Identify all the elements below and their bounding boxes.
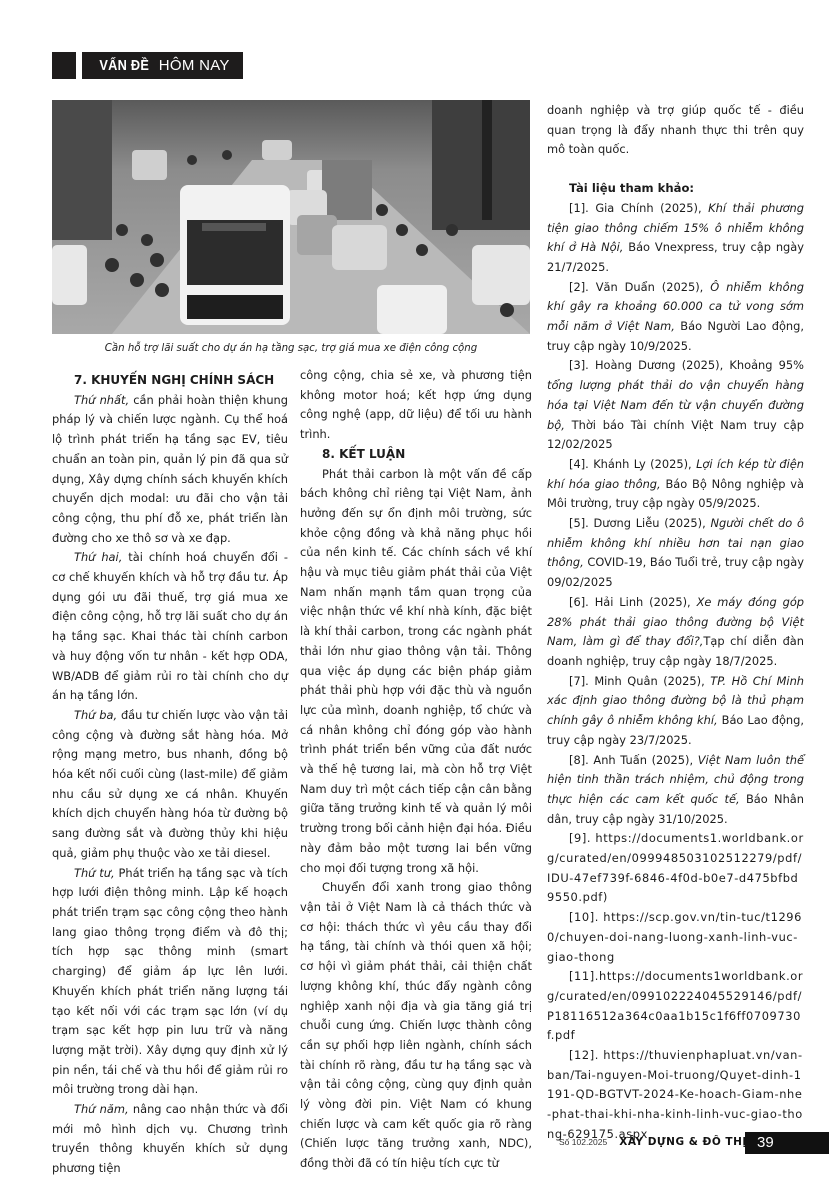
section-heading-conclusion: 8. KẾT LUẬN: [300, 445, 532, 465]
reference-number: [11].: [569, 969, 599, 983]
paragraph-lead: Thứ hai,: [74, 550, 122, 564]
reference-item-url: [12]. https://thuvienphapluat.vn/van-ban…: [547, 1046, 804, 1145]
column-1: 7. KHUYẾN NGHỊ CHÍNH SÁCH Thứ nhất, cần …: [52, 371, 288, 1179]
reference-number: [9].: [569, 831, 591, 845]
paragraph-text: đầu tư chiến lược vào vận tải công cộng …: [52, 708, 288, 860]
paragraph: Thứ tư, Phát triển hạ tầng sạc và tích h…: [52, 864, 288, 1100]
reference-item: [7]. Minh Quân (2025), TP. Hồ Chí Minh x…: [547, 672, 804, 751]
reference-source: Thời báo Tài chính Việt Nam truy cập 12/…: [547, 418, 804, 452]
paragraph: Thứ hai, tài chính hoá chuyển đổi - cơ c…: [52, 548, 288, 706]
reference-item: [6]. Hải Linh (2025), Xe máy đóng góp 28…: [547, 593, 804, 672]
paragraph: Thứ ba, đầu tư chiến lược vào vận tải cô…: [52, 706, 288, 864]
reference-number: [1].: [569, 201, 589, 215]
paragraph-text: Phát triển hạ tầng sạc và tích hợp lưới …: [52, 866, 288, 1097]
paragraph-lead: Thứ nhất,: [74, 393, 129, 407]
reference-item-url: [9]. https://documents1.worldbank.org/cu…: [547, 829, 804, 908]
section-title-light: HÔM NAY: [159, 57, 230, 74]
reference-author: Dương Liễu (2025),: [594, 516, 706, 530]
reference-source: COVID-19, Báo Tuổi trẻ, truy cập ngày 09…: [547, 555, 804, 589]
magazine-brand: XÂY DỰNG & ĐÔ THỊ: [619, 1136, 747, 1148]
reference-item: [1]. Gia Chính (2025), Khí thải phương t…: [547, 199, 804, 278]
issue-number: Số 102.2025: [559, 1137, 607, 1147]
paragraph-lead: Thứ ba,: [74, 708, 117, 722]
paragraph: Thứ nhất, cần phải hoàn thiện khung pháp…: [52, 391, 288, 549]
section-title-bold: VẤN ĐỀ: [100, 57, 150, 74]
column-3: doanh nghiệp và trợ giúp quốc tế - điều …: [547, 101, 804, 1145]
paragraph: Thứ năm, nâng cao nhận thức và đổi mới m…: [52, 1100, 288, 1179]
reference-item: [3]. Hoàng Dương (2025), Khoảng 95% tổng…: [547, 356, 804, 455]
reference-author: Hải Linh (2025),: [595, 595, 691, 609]
reference-author: Anh Tuấn (2025),: [593, 753, 693, 767]
reference-item-url: [11].https://documents1worldbank.org/cur…: [547, 967, 804, 1046]
photo-caption: Cần hỗ trợ lãi suất cho dự án hạ tầng sạ…: [52, 343, 530, 354]
paragraph: Phát thải carbon là một vấn đề cấp bách …: [300, 465, 532, 879]
reference-number: [5].: [569, 516, 589, 530]
reference-number: [7].: [569, 674, 589, 688]
reference-author: Văn Duẩn (2025),: [596, 280, 704, 294]
reference-number: [6].: [569, 595, 589, 609]
reference-author: Minh Quân (2025),: [594, 674, 704, 688]
reference-number: [10].: [569, 910, 599, 924]
page-footer: Số 102.2025 XÂY DỰNG & ĐÔ THỊ: [559, 1132, 757, 1152]
paragraph-text: cần phải hoàn thiện khung pháp lý và chi…: [52, 393, 288, 545]
reference-number: [2].: [569, 280, 589, 294]
references-heading: Tài liệu tham khảo:: [547, 179, 804, 199]
page-number: 39: [745, 1132, 829, 1154]
reference-item: [5]. Dương Liễu (2025), Người chết do ô …: [547, 514, 804, 593]
reference-item: [8]. Anh Tuấn (2025), Việt Nam luôn thể …: [547, 751, 804, 830]
reference-number: [3].: [569, 358, 589, 372]
reference-item: [4]. Khánh Ly (2025), Lợi ích kép từ điệ…: [547, 455, 804, 514]
section-heading-policy: 7. KHUYẾN NGHỊ CHÍNH SÁCH: [52, 371, 288, 391]
reference-item: [2]. Văn Duẩn (2025), Ô nhiễm không khí …: [547, 278, 804, 357]
column-2: công cộng, chia sẻ xe, và phương tiện kh…: [300, 366, 532, 1174]
section-header: VẤN ĐỀ HÔM NAY: [82, 52, 243, 79]
paragraph-lead: Thứ năm,: [74, 1102, 129, 1116]
reference-author: Khánh Ly (2025),: [593, 457, 691, 471]
reference-number: [8].: [569, 753, 589, 767]
section-marker-square: [52, 52, 76, 79]
paragraph-continuation: doanh nghiệp và trợ giúp quốc tế - điều …: [547, 101, 804, 160]
article-photo: [52, 100, 530, 334]
reference-author: Gia Chính (2025),: [595, 201, 701, 215]
paragraph-text: tài chính hoá chuyển đổi - cơ chế khuyến…: [52, 550, 288, 702]
reference-item-url: [10]. https://scp.gov.vn/tin-tuc/t12960/…: [547, 908, 804, 967]
traffic-photo-illustration: [52, 100, 530, 334]
reference-author: Hoàng Dương (2025), Khoảng 95%: [595, 358, 804, 372]
reference-number: [4].: [569, 457, 589, 471]
paragraph: Chuyển đổi xanh trong giao thông vận tải…: [300, 878, 532, 1174]
paragraph-lead: Thứ tư,: [74, 866, 115, 880]
paragraph-continuation: công cộng, chia sẻ xe, và phương tiện kh…: [300, 366, 532, 445]
reference-number: [12].: [569, 1048, 599, 1062]
